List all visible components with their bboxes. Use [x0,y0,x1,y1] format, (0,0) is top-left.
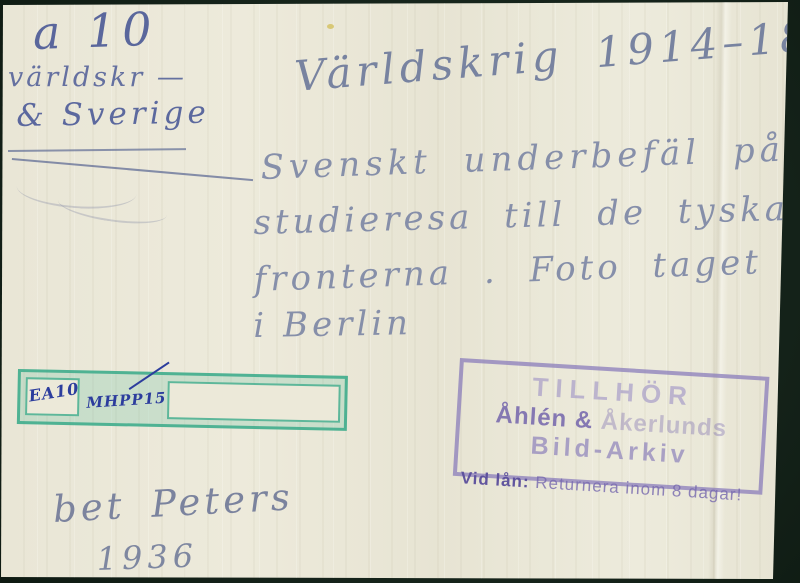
pen-check-stroke [129,362,170,390]
faint-scribble-2 [56,186,169,229]
archive-stamp-loan-label: Vid lån: [460,468,530,491]
scan-background: a 10 världskr — & Sverige Världskrig 191… [0,0,800,583]
caption-line-3: fronterna . Foto taget [253,242,763,300]
underline-stroke-1 [8,148,186,152]
handwritten-entry-2: MHPP15 [86,389,167,412]
photo-back-paper: a 10 världskr — & Sverige Världskrig 191… [0,0,800,583]
archive-stamp-owner-part1: Åhlén & [495,401,602,434]
handwritten-country-line: & Sverige [16,95,210,134]
caption-line-2: studieresa till de tyska [253,189,790,243]
paper-stain [327,24,334,29]
archive-stamp-line-4: Vid lån: Returnera inom 8 dagar! [460,468,743,505]
caption-line-4: i Berlin [253,303,412,346]
catalog-cell-2 [167,381,341,423]
handwritten-year: 1936 [96,536,199,578]
catalog-stamp: EA10 MHPP15 [17,369,348,431]
archive-stamp: TILLHÖR Åhlén & Åkerlunds Bild-Arkiv Vid… [453,358,770,495]
archive-stamp-loan-text: Returnera inom 8 dagar! [529,473,743,505]
caption-line-1: Svenskt underbefäl på [260,130,786,188]
handwritten-category-line: världskr — [8,62,187,93]
handwritten-code: a 10 [32,2,158,60]
handwritten-photographer: bet Peters [52,475,295,531]
